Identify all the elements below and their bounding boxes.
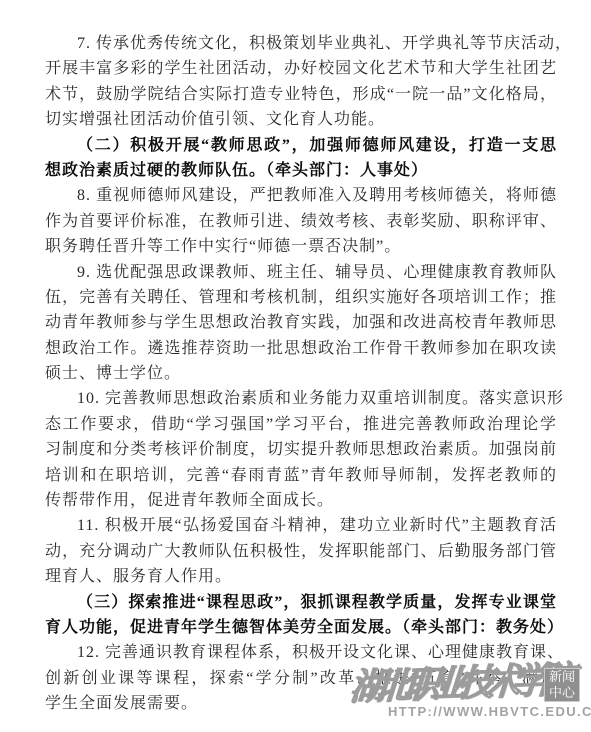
- body-paragraph: 9. 选优配强思政课教师、班主任、辅导员、心理健康教育教师队伍，完善有关聘任、管…: [45, 260, 557, 387]
- body-paragraph: 7. 传承优秀传统文化，积极策划毕业典礼、开学典礼等节庆活动，开展丰富多彩的学生…: [45, 31, 557, 133]
- text-line: 硕士、博士学位。: [45, 361, 557, 386]
- text-line: 8. 重视师德师风建设，严把教师准入及聘用考核师德关，将师德: [45, 183, 557, 208]
- text-line: 伍，完善有关聘任、管理和考核机制，组织实施好各项培训工作；推: [45, 285, 557, 310]
- text-line: 想政治素质过硬的教师队伍。（牵头部门：人事处）: [45, 158, 557, 183]
- text-line: 传帮带作用，促进青年教师全面成长。: [45, 488, 557, 513]
- document-text-block: 7. 传承优秀传统文化，积极策划毕业典礼、开学典礼等节庆活动，开展丰富多彩的学生…: [45, 31, 557, 717]
- text-line: 学生全面发展需要。: [45, 691, 557, 716]
- text-line: （二）积极开展“教师思政”，加强师德师风建设，打造一支思: [45, 133, 557, 158]
- text-line: 12. 完善通识教育课程体系，积极开设文化课、心理健康教育课、: [45, 640, 557, 665]
- text-line: 想政治工作。遴选推荐资助一批思想政治工作骨干教师参加在职攻读: [45, 336, 557, 361]
- text-line: 11. 积极开展“弘扬爱国奋斗精神，建功立业新时代”主题教育活: [45, 513, 557, 538]
- text-line: 习制度和分类考核评价制度，切实提升教师思想政治素质。加强岗前: [45, 437, 557, 462]
- text-line: 9. 选优配强思政课教师、班主任、辅导员、心理健康教育教师队: [45, 260, 557, 285]
- text-line: （三）探索推进“课程思政”，狠抓课程教学质量，发挥专业课堂: [45, 590, 557, 615]
- text-line: 开展丰富多彩的学生社团活动，办好校园文化艺术节和大学生社团艺: [45, 56, 557, 81]
- text-line: 动，充分调动广大教师队伍积极性，发挥职能部门、后勤服务部门管: [45, 539, 557, 564]
- text-line: 态工作要求，借助“学习强国”学习平台，推进完善教师政治理论学: [45, 412, 557, 437]
- text-line: 育人功能，促进青年学生德智体美劳全面发展。（牵头部门：教务处）: [45, 615, 557, 640]
- section-heading: （三）探索推进“课程思政”，狠抓课程教学质量，发挥专业课堂育人功能，促进青年学生…: [45, 590, 557, 641]
- body-paragraph: 12. 完善通识教育课程体系，积极开设文化课、心理健康教育课、创新创业课等课程，…: [45, 640, 557, 716]
- text-line: 创新创业课等课程，探索“学分制”改革，推进“五育”并举，满足: [45, 666, 557, 691]
- body-paragraph: 8. 重视师德师风建设，严把教师准入及聘用考核师德关，将师德作为首要评价标准，在…: [45, 183, 557, 259]
- body-paragraph: 11. 积极开展“弘扬爱国奋斗精神，建功立业新时代”主题教育活动，充分调动广大教…: [45, 513, 557, 589]
- section-heading: （二）积极开展“教师思政”，加强师德师风建设，打造一支思想政治素质过硬的教师队伍…: [45, 133, 557, 184]
- text-line: 职务聘任晋升等工作中实行“师德一票否决制”。: [45, 234, 557, 259]
- body-paragraph: 10. 完善教师思想政治素质和业务能力双重培训制度。落实意识形态工作要求，借助“…: [45, 386, 557, 513]
- text-line: 培训和在职培训，完善“春雨青蓝”青年教师导师制，发挥老教师的: [45, 463, 557, 488]
- text-line: 术节，鼓励学院结合实际打造专业特色，形成“一院一品”文化格局，: [45, 82, 557, 107]
- text-line: 理育人、服务育人作用。: [45, 564, 557, 589]
- text-line: 10. 完善教师思想政治素质和业务能力双重培训制度。落实意识形: [45, 386, 557, 411]
- text-line: 作为首要评价标准，在教师引进、绩效考核、表彰奖励、职称评审、: [45, 209, 557, 234]
- text-line: 动青年教师参与学生思想政治教育实践，加强和改进高校青年教师思: [45, 310, 557, 335]
- text-line: 7. 传承优秀传统文化，积极策划毕业典礼、开学典礼等节庆活动，: [45, 31, 557, 56]
- text-line: 切实增强社团活动价值引领、文化育人功能。: [45, 107, 557, 132]
- document-page: 7. 传承优秀传统文化，积极策划毕业典礼、开学典礼等节庆活动，开展丰富多彩的学生…: [0, 0, 591, 732]
